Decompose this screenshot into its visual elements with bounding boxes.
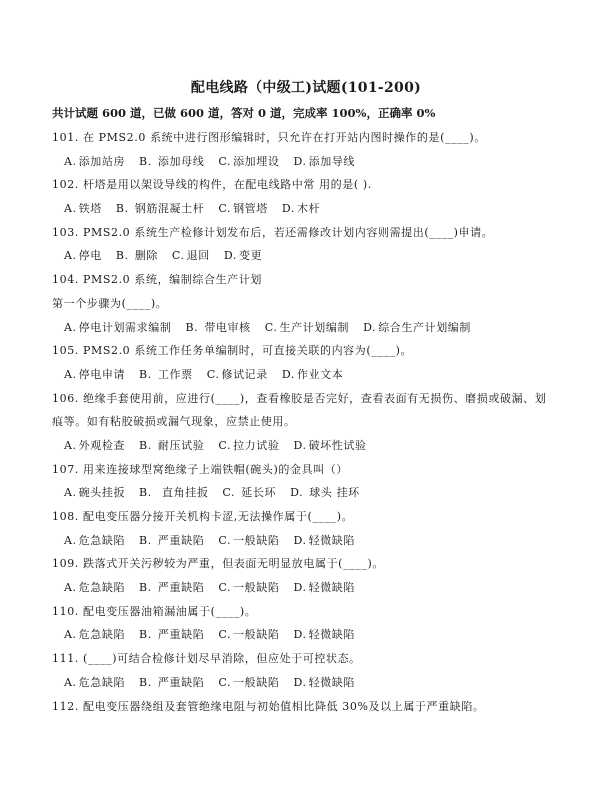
option-text: 轻微缺陷 bbox=[309, 676, 355, 689]
option-text: 钢筋混凝土杆 bbox=[131, 202, 205, 215]
answer-option: A.危急缺陷 bbox=[64, 576, 125, 600]
option-letter: A. bbox=[64, 249, 77, 262]
option-letter: C. bbox=[207, 368, 220, 381]
question-text: 102. 杆塔是用以架设导线的构件，在配电线路中常 用的是( ). bbox=[0, 173, 612, 197]
answer-option: B. 耐压试验 bbox=[139, 434, 204, 458]
question-text: 103. PMS2.0 系统生产检修计划发布后，若还需修改计划内容则需提出(__… bbox=[0, 221, 612, 245]
option-letter: C. bbox=[218, 581, 231, 594]
question-item: 110. 配电变压器油箱漏油属于(____)。A.危急缺陷B. 严重缺陷C.一般… bbox=[0, 600, 612, 647]
option-text: 严重缺陷 bbox=[154, 581, 205, 594]
option-letter: D. bbox=[293, 628, 306, 641]
option-text: 停电 bbox=[79, 249, 102, 262]
option-letter: D. bbox=[282, 202, 295, 215]
answer-option: A.停电申请 bbox=[64, 363, 125, 387]
question-item: 102. 杆塔是用以架设导线的构件，在配电线路中常 用的是( ).A.铁塔B. … bbox=[0, 173, 612, 220]
option-letter: C. bbox=[218, 628, 231, 641]
answer-option: B. 删除 bbox=[116, 244, 158, 268]
option-letter: C. bbox=[218, 439, 231, 452]
option-letter: B. bbox=[139, 628, 152, 641]
question-text: 111. (____)可结合检修计划尽早消除，但应处于可控状态。 bbox=[0, 647, 612, 671]
question-item: 104. PMS2.0 系统，编制综合生产计划第一个步骤为(____)。A.停电… bbox=[0, 268, 612, 339]
option-letter: D. bbox=[293, 676, 306, 689]
question-text: 110. 配电变压器油箱漏油属于(____)。 bbox=[0, 600, 612, 624]
option-row: A.碗头挂扳B. 直角挂扳C. 延长环D. 球头 挂环 bbox=[0, 481, 612, 505]
answer-option: A.危急缺陷 bbox=[64, 671, 125, 695]
option-row: A.添加站房B. 添加母线C.添加埋设D.添加导线 bbox=[0, 150, 612, 174]
option-letter: C. bbox=[222, 486, 235, 499]
answer-option: B. 带电审核 bbox=[185, 316, 250, 340]
option-text: 一般缺陷 bbox=[233, 628, 279, 641]
option-text: 危急缺陷 bbox=[79, 628, 125, 641]
option-letter: A. bbox=[64, 628, 77, 641]
option-letter: B. bbox=[139, 368, 152, 381]
question-item: 107. 用来连接球型窝绝缘子上端铁帽(碗头)的金具叫（）A.碗头挂扳B. 直角… bbox=[0, 458, 612, 505]
option-letter: D. bbox=[293, 439, 306, 452]
question-item: 108. 配电变压器分接开关机构卡涩,无法操作属于(____)。A.危急缺陷B.… bbox=[0, 505, 612, 552]
option-row: A.停电计划需求编制B. 带电审核C.生产计划编制D.综合生产计划编制 bbox=[0, 316, 612, 340]
answer-option: D.添加导线 bbox=[293, 150, 355, 174]
page-title: 配电线路（中级工)试题(101-200) bbox=[0, 78, 612, 98]
question-text: 101. 在 PMS2.0 系统中进行图形编辑时，只允许在打开站内图时操作的是(… bbox=[0, 126, 612, 150]
option-letter: B. bbox=[116, 249, 129, 262]
answer-option: D.轻微缺陷 bbox=[293, 576, 355, 600]
answer-option: B. 严重缺陷 bbox=[139, 529, 204, 553]
question-item: 101. 在 PMS2.0 系统中进行图形编辑时，只允许在打开站内图时操作的是(… bbox=[0, 126, 612, 173]
option-text: 破坏性试验 bbox=[309, 439, 367, 452]
question-text: 104. PMS2.0 系统，编制综合生产计划 bbox=[0, 268, 612, 292]
question-text: 112. 配电变压器绕组及套管绝缘电阻与初始值相比降低 30%及以上属于严重缺陷… bbox=[0, 695, 612, 719]
option-text: 一般缺陷 bbox=[233, 676, 279, 689]
option-letter: C. bbox=[218, 155, 231, 168]
option-text: 碗头挂扳 bbox=[79, 486, 125, 499]
option-text: 危急缺陷 bbox=[79, 676, 125, 689]
answer-option: D.综合生产计划编制 bbox=[363, 316, 471, 340]
question-text-continuation: 痕等。如有粘胶破损或漏气现象，应禁止使用。 bbox=[0, 410, 612, 434]
option-letter: B. bbox=[139, 155, 152, 168]
answer-option: B. 直角挂扳 bbox=[139, 481, 208, 505]
option-letter: C. bbox=[265, 321, 278, 334]
option-text: 退回 bbox=[187, 249, 210, 262]
option-letter: D. bbox=[224, 249, 237, 262]
option-row: A.危急缺陷B. 严重缺陷C.一般缺陷D.轻微缺陷 bbox=[0, 623, 612, 647]
option-text: 拉力试验 bbox=[233, 439, 279, 452]
answer-option: C.一般缺陷 bbox=[218, 576, 279, 600]
option-row: A.危急缺陷B. 严重缺陷C.一般缺陷D.轻微缺陷 bbox=[0, 576, 612, 600]
option-text: 严重缺陷 bbox=[154, 628, 205, 641]
option-letter: C. bbox=[218, 676, 231, 689]
option-text: 轻微缺陷 bbox=[309, 534, 355, 547]
option-letter: A. bbox=[64, 155, 77, 168]
option-text: 停电申请 bbox=[79, 368, 125, 381]
answer-option: C.修试记录 bbox=[207, 363, 268, 387]
question-text: 109. 跌落式开关污秽较为严重，但表面无明显放电属于(____)。 bbox=[0, 552, 612, 576]
option-text: 作业文本 bbox=[297, 368, 343, 381]
answer-option: C.一般缺陷 bbox=[218, 529, 279, 553]
option-letter: A. bbox=[64, 439, 77, 452]
answer-option: C.生产计划编制 bbox=[265, 316, 349, 340]
option-text: 添加导线 bbox=[309, 155, 355, 168]
option-text: 修试记录 bbox=[221, 368, 267, 381]
answer-option: B. 添加母线 bbox=[139, 150, 204, 174]
option-row: A.停电B. 删除C.退回D.变更 bbox=[0, 244, 612, 268]
option-text: 变更 bbox=[239, 249, 262, 262]
option-letter: A. bbox=[64, 368, 77, 381]
answer-option: A.危急缺陷 bbox=[64, 529, 125, 553]
option-letter: A. bbox=[64, 676, 77, 689]
option-letter: B. bbox=[139, 534, 152, 547]
answer-option: A.铁塔 bbox=[64, 197, 102, 221]
option-letter: B. bbox=[139, 676, 152, 689]
option-text: 一般缺陷 bbox=[233, 534, 279, 547]
question-text: 106. 绝缘手套使用前，应进行(____)，查看橡胶是否完好，查看表面有无损伤… bbox=[0, 387, 612, 411]
question-list: 101. 在 PMS2.0 系统中进行图形编辑时，只允许在打开站内图时操作的是(… bbox=[0, 126, 612, 718]
answer-option: A.添加站房 bbox=[64, 150, 125, 174]
option-row: A.危急缺陷B. 严重缺陷C.一般缺陷D.轻微缺陷 bbox=[0, 529, 612, 553]
answer-option: C.退回 bbox=[172, 244, 210, 268]
option-row: A.危急缺陷B. 严重缺陷C.一般缺陷D.轻微缺陷 bbox=[0, 671, 612, 695]
question-text: 105. PMS2.0 系统工作任务单编制时，可直接关联的内容为(____)。 bbox=[0, 339, 612, 363]
option-letter: B. bbox=[185, 321, 198, 334]
option-text: 轻微缺陷 bbox=[309, 628, 355, 641]
question-item: 111. (____)可结合检修计划尽早消除，但应处于可控状态。A.危急缺陷B.… bbox=[0, 647, 612, 694]
question-text: 108. 配电变压器分接开关机构卡涩,无法操作属于(____)。 bbox=[0, 505, 612, 529]
answer-option: B. 工作票 bbox=[139, 363, 193, 387]
answer-option: C.一般缺陷 bbox=[218, 623, 279, 647]
option-letter: A. bbox=[64, 321, 77, 334]
question-item: 106. 绝缘手套使用前，应进行(____)，查看橡胶是否完好，查看表面有无损伤… bbox=[0, 387, 612, 458]
option-letter: D. bbox=[293, 534, 306, 547]
option-letter: B. bbox=[139, 486, 152, 499]
option-letter: D. bbox=[293, 155, 306, 168]
option-letter: B. bbox=[116, 202, 129, 215]
option-letter: C. bbox=[218, 202, 231, 215]
option-letter: A. bbox=[64, 534, 77, 547]
answer-option: D.作业文本 bbox=[282, 363, 344, 387]
option-text: 钢管塔 bbox=[233, 202, 268, 215]
option-text: 停电计划需求编制 bbox=[79, 321, 172, 334]
option-letter: A. bbox=[64, 581, 77, 594]
answer-option: A.外观检查 bbox=[64, 434, 125, 458]
answer-option: B. 严重缺陷 bbox=[139, 576, 204, 600]
option-letter: D. bbox=[290, 486, 303, 499]
option-text: 工作票 bbox=[154, 368, 193, 381]
answer-option: A.危急缺陷 bbox=[64, 623, 125, 647]
option-text: 木杆 bbox=[297, 202, 320, 215]
option-text: 生产计划编制 bbox=[279, 321, 349, 334]
option-text: 综合生产计划编制 bbox=[378, 321, 471, 334]
option-text: 危急缺陷 bbox=[79, 581, 125, 594]
option-text: 严重缺陷 bbox=[154, 676, 205, 689]
answer-option: C.添加埋设 bbox=[218, 150, 279, 174]
answer-option: D.轻微缺陷 bbox=[293, 529, 355, 553]
option-row: A.停电申请B. 工作票C.修试记录D.作业文本 bbox=[0, 363, 612, 387]
answer-option: A.停电 bbox=[64, 244, 102, 268]
question-item: 105. PMS2.0 系统工作任务单编制时，可直接关联的内容为(____)。A… bbox=[0, 339, 612, 386]
answer-option: D.木杆 bbox=[282, 197, 320, 221]
answer-option: C.拉力试验 bbox=[218, 434, 279, 458]
option-text: 带电审核 bbox=[200, 321, 251, 334]
question-item: 103. PMS2.0 系统生产检修计划发布后，若还需修改计划内容则需提出(__… bbox=[0, 221, 612, 268]
option-text: 严重缺陷 bbox=[154, 534, 205, 547]
option-letter: D. bbox=[282, 368, 295, 381]
option-text: 添加站房 bbox=[79, 155, 125, 168]
answer-option: D.轻微缺陷 bbox=[293, 623, 355, 647]
exam-summary: 共计试题 600 道，已做 600 道，答对 0 道，完成率 100%，正确率 … bbox=[52, 104, 435, 122]
option-text: 球头 挂环 bbox=[305, 486, 360, 499]
option-text: 删除 bbox=[131, 249, 158, 262]
option-letter: B. bbox=[139, 581, 152, 594]
answer-option: B. 钢筋混凝土杆 bbox=[116, 197, 204, 221]
option-text: 直角挂扳 bbox=[154, 486, 209, 499]
answer-option: D.轻微缺陷 bbox=[293, 671, 355, 695]
answer-option: A.碗头挂扳 bbox=[64, 481, 125, 505]
question-item: 112. 配电变压器绕组及套管绝缘电阻与初始值相比降低 30%及以上属于严重缺陷… bbox=[0, 695, 612, 719]
option-text: 延长环 bbox=[237, 486, 276, 499]
answer-option: C.钢管塔 bbox=[218, 197, 268, 221]
answer-option: D. 球头 挂环 bbox=[290, 481, 360, 505]
option-text: 外观检查 bbox=[79, 439, 125, 452]
answer-option: A.停电计划需求编制 bbox=[64, 316, 171, 340]
answer-option: C.一般缺陷 bbox=[218, 671, 279, 695]
option-text: 轻微缺陷 bbox=[309, 581, 355, 594]
option-letter: A. bbox=[64, 202, 77, 215]
option-letter: D. bbox=[293, 581, 306, 594]
answer-option: B. 严重缺陷 bbox=[139, 623, 204, 647]
option-text: 添加母线 bbox=[154, 155, 205, 168]
answer-option: C. 延长环 bbox=[222, 481, 276, 505]
answer-option: D.破坏性试验 bbox=[293, 434, 366, 458]
option-row: A.外观检查B. 耐压试验C.拉力试验D.破坏性试验 bbox=[0, 434, 612, 458]
option-text: 耐压试验 bbox=[154, 439, 205, 452]
option-letter: B. bbox=[139, 439, 152, 452]
option-text: 添加埋设 bbox=[233, 155, 279, 168]
option-text: 危急缺陷 bbox=[79, 534, 125, 547]
question-text-continuation: 第一个步骤为(____)。 bbox=[0, 292, 612, 316]
option-letter: C. bbox=[172, 249, 185, 262]
option-letter: A. bbox=[64, 486, 77, 499]
option-letter: C. bbox=[218, 534, 231, 547]
document-page: 配电线路（中级工)试题(101-200) 共计试题 600 道，已做 600 道… bbox=[0, 0, 612, 792]
question-item: 109. 跌落式开关污秽较为严重，但表面无明显放电属于(____)。A.危急缺陷… bbox=[0, 552, 612, 599]
option-row: A.铁塔B. 钢筋混凝土杆C.钢管塔D.木杆 bbox=[0, 197, 612, 221]
question-text: 107. 用来连接球型窝绝缘子上端铁帽(碗头)的金具叫（） bbox=[0, 458, 612, 482]
option-text: 铁塔 bbox=[79, 202, 102, 215]
option-text: 一般缺陷 bbox=[233, 581, 279, 594]
answer-option: D.变更 bbox=[224, 244, 262, 268]
option-letter: D. bbox=[363, 321, 376, 334]
answer-option: B. 严重缺陷 bbox=[139, 671, 204, 695]
